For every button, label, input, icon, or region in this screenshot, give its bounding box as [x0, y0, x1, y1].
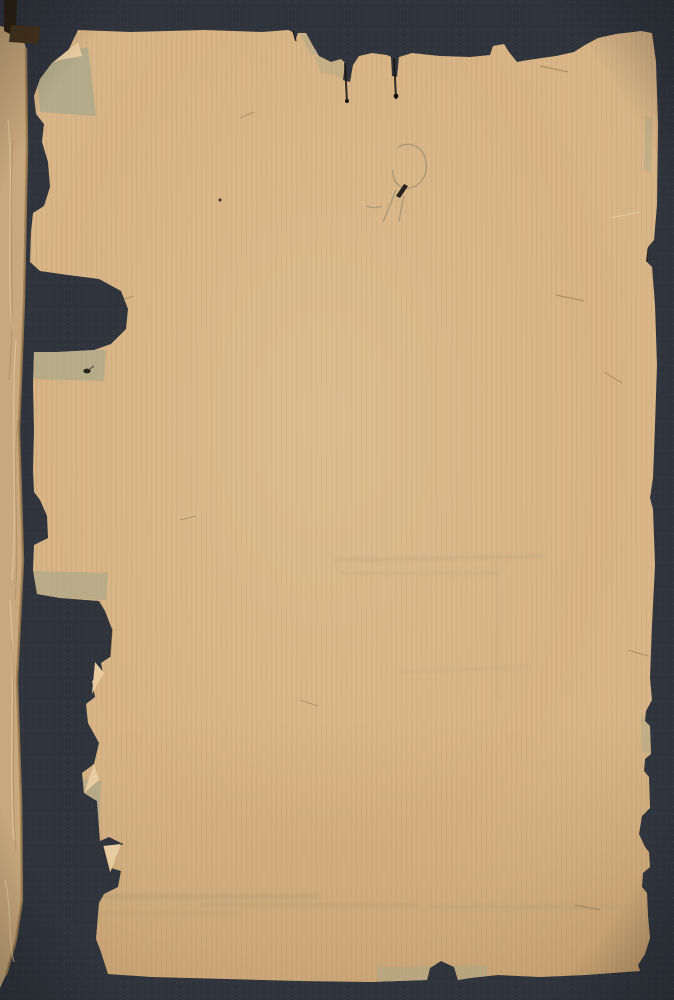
- photo-vignette: [0, 0, 674, 1000]
- scanned-page-photo: [0, 0, 674, 1000]
